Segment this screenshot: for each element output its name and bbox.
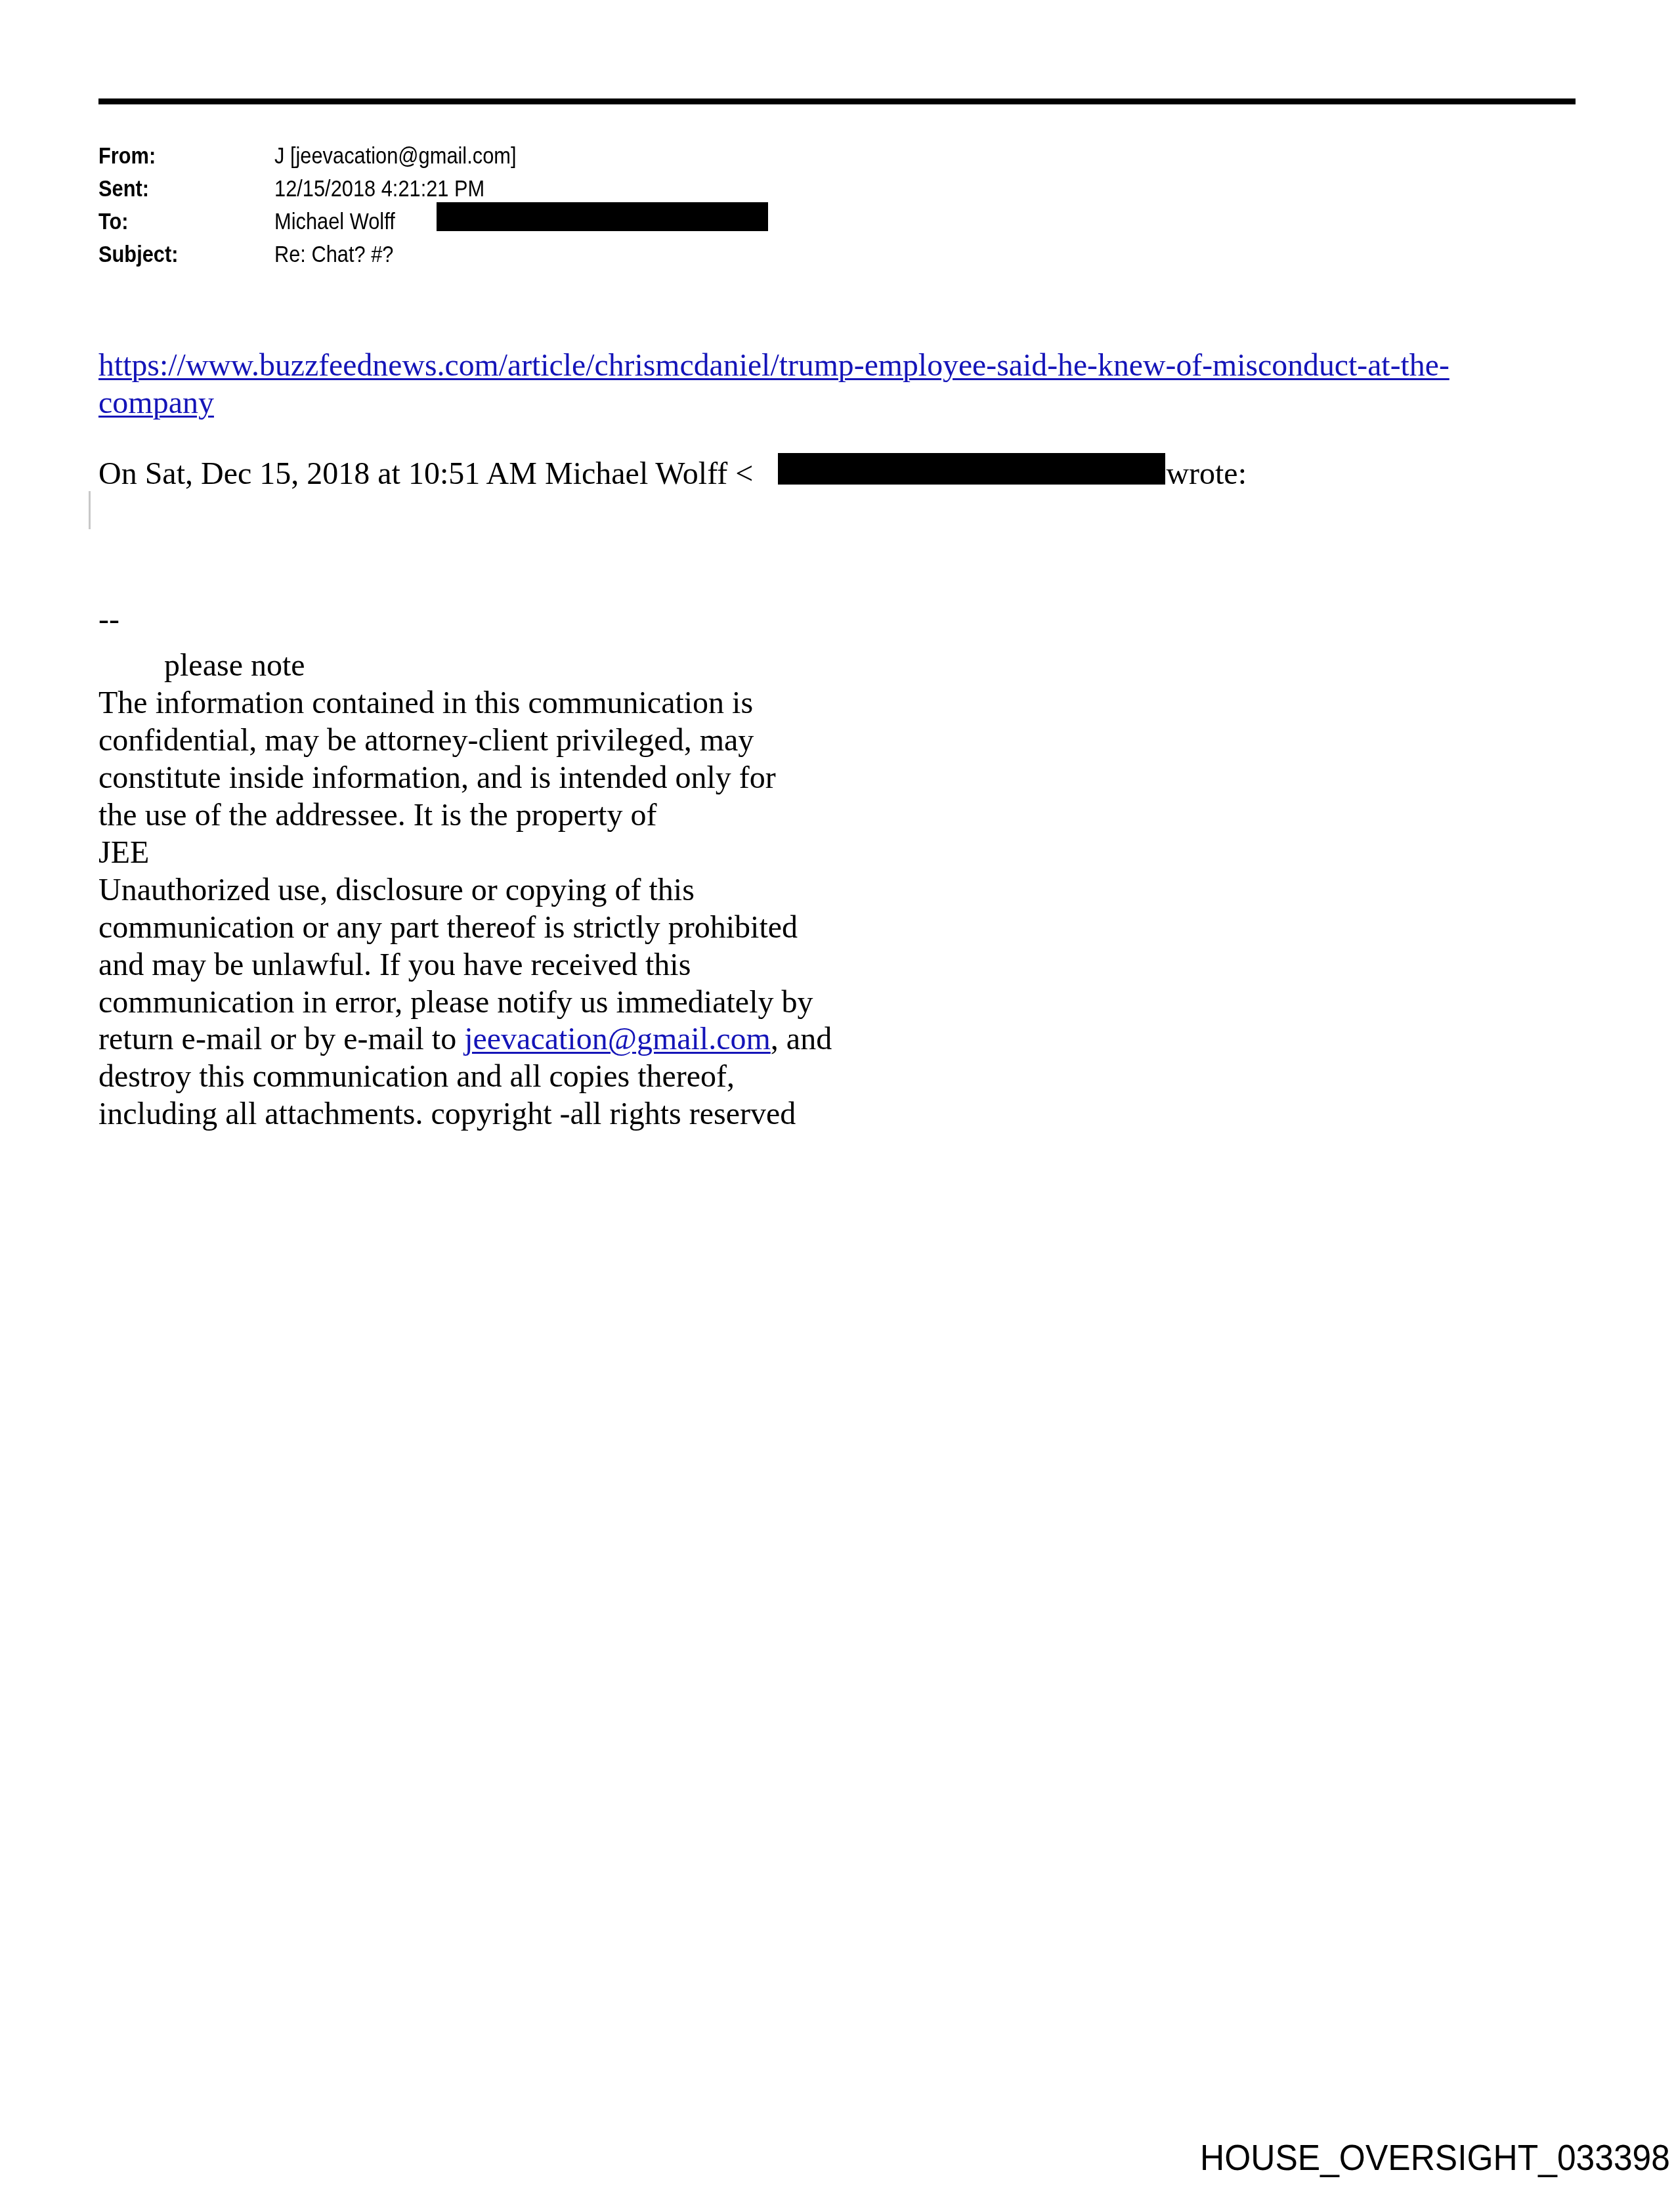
to-value: Michael Wolff [274, 210, 395, 233]
from-value: J [jeevacation@gmail.com] [274, 144, 517, 167]
article-link-line-1[interactable]: https://www.buzzfeednews.com/article/chr… [98, 350, 1449, 381]
redaction-box-quoted-address [778, 453, 1165, 485]
sent-value: 12/15/2018 4:21:21 PM [274, 177, 484, 200]
email-line-suffix: , and [771, 1022, 832, 1056]
disclaimer-line: the use of the addressee. It is the prop… [98, 800, 656, 831]
bates-number: HOUSE_OVERSIGHT_033398 [1200, 2139, 1670, 2176]
quoted-intro-prefix: On Sat, Dec 15, 2018 at 10:51 AM Michael… [98, 456, 753, 491]
disclaimer-line: and may be unlawful. If you have receive… [98, 949, 691, 981]
article-link-line-2[interactable]: company [98, 387, 214, 419]
signature-separator: -- [98, 604, 119, 636]
article-link[interactable]: https://www.buzzfeednews.com/article/chr… [98, 348, 1449, 383]
subject-value: Re: Chat? #? [274, 243, 394, 266]
disclaimer-line: JEE [98, 837, 149, 869]
disclaimer-line: confidential, may be attorney-client pri… [98, 725, 754, 756]
subject-label: Subject: [98, 243, 179, 266]
from-label: From: [98, 144, 156, 167]
disclaimer-closing-line: including all attachments. copyright -al… [98, 1098, 796, 1130]
disclaimer-line: Unauthorized use, disclosure or copying … [98, 875, 695, 906]
signature-heading: please note [164, 650, 305, 682]
contact-email-link[interactable]: jeevacation@gmail.com [464, 1022, 771, 1056]
disclaimer-closing-line: destroy this communication and all copie… [98, 1061, 735, 1093]
redaction-box-to-address [437, 202, 768, 231]
to-label: To: [98, 210, 129, 233]
disclaimer-line: The information contained in this commun… [98, 687, 753, 719]
disclaimer-line: communication or any part thereof is str… [98, 912, 798, 943]
sent-label: Sent: [98, 177, 149, 200]
header-rule [98, 98, 1576, 104]
quote-bar [89, 491, 91, 529]
disclaimer-line: constitute inside information, and is in… [98, 762, 776, 794]
disclaimer-line: communication in error, please notify us… [98, 987, 813, 1018]
email-line-prefix: return e-mail or by e-mail to [98, 1022, 464, 1056]
disclaimer-email-line: return e-mail or by e-mail to jeevacatio… [98, 1024, 832, 1055]
article-link-continuation[interactable]: company [98, 385, 214, 420]
